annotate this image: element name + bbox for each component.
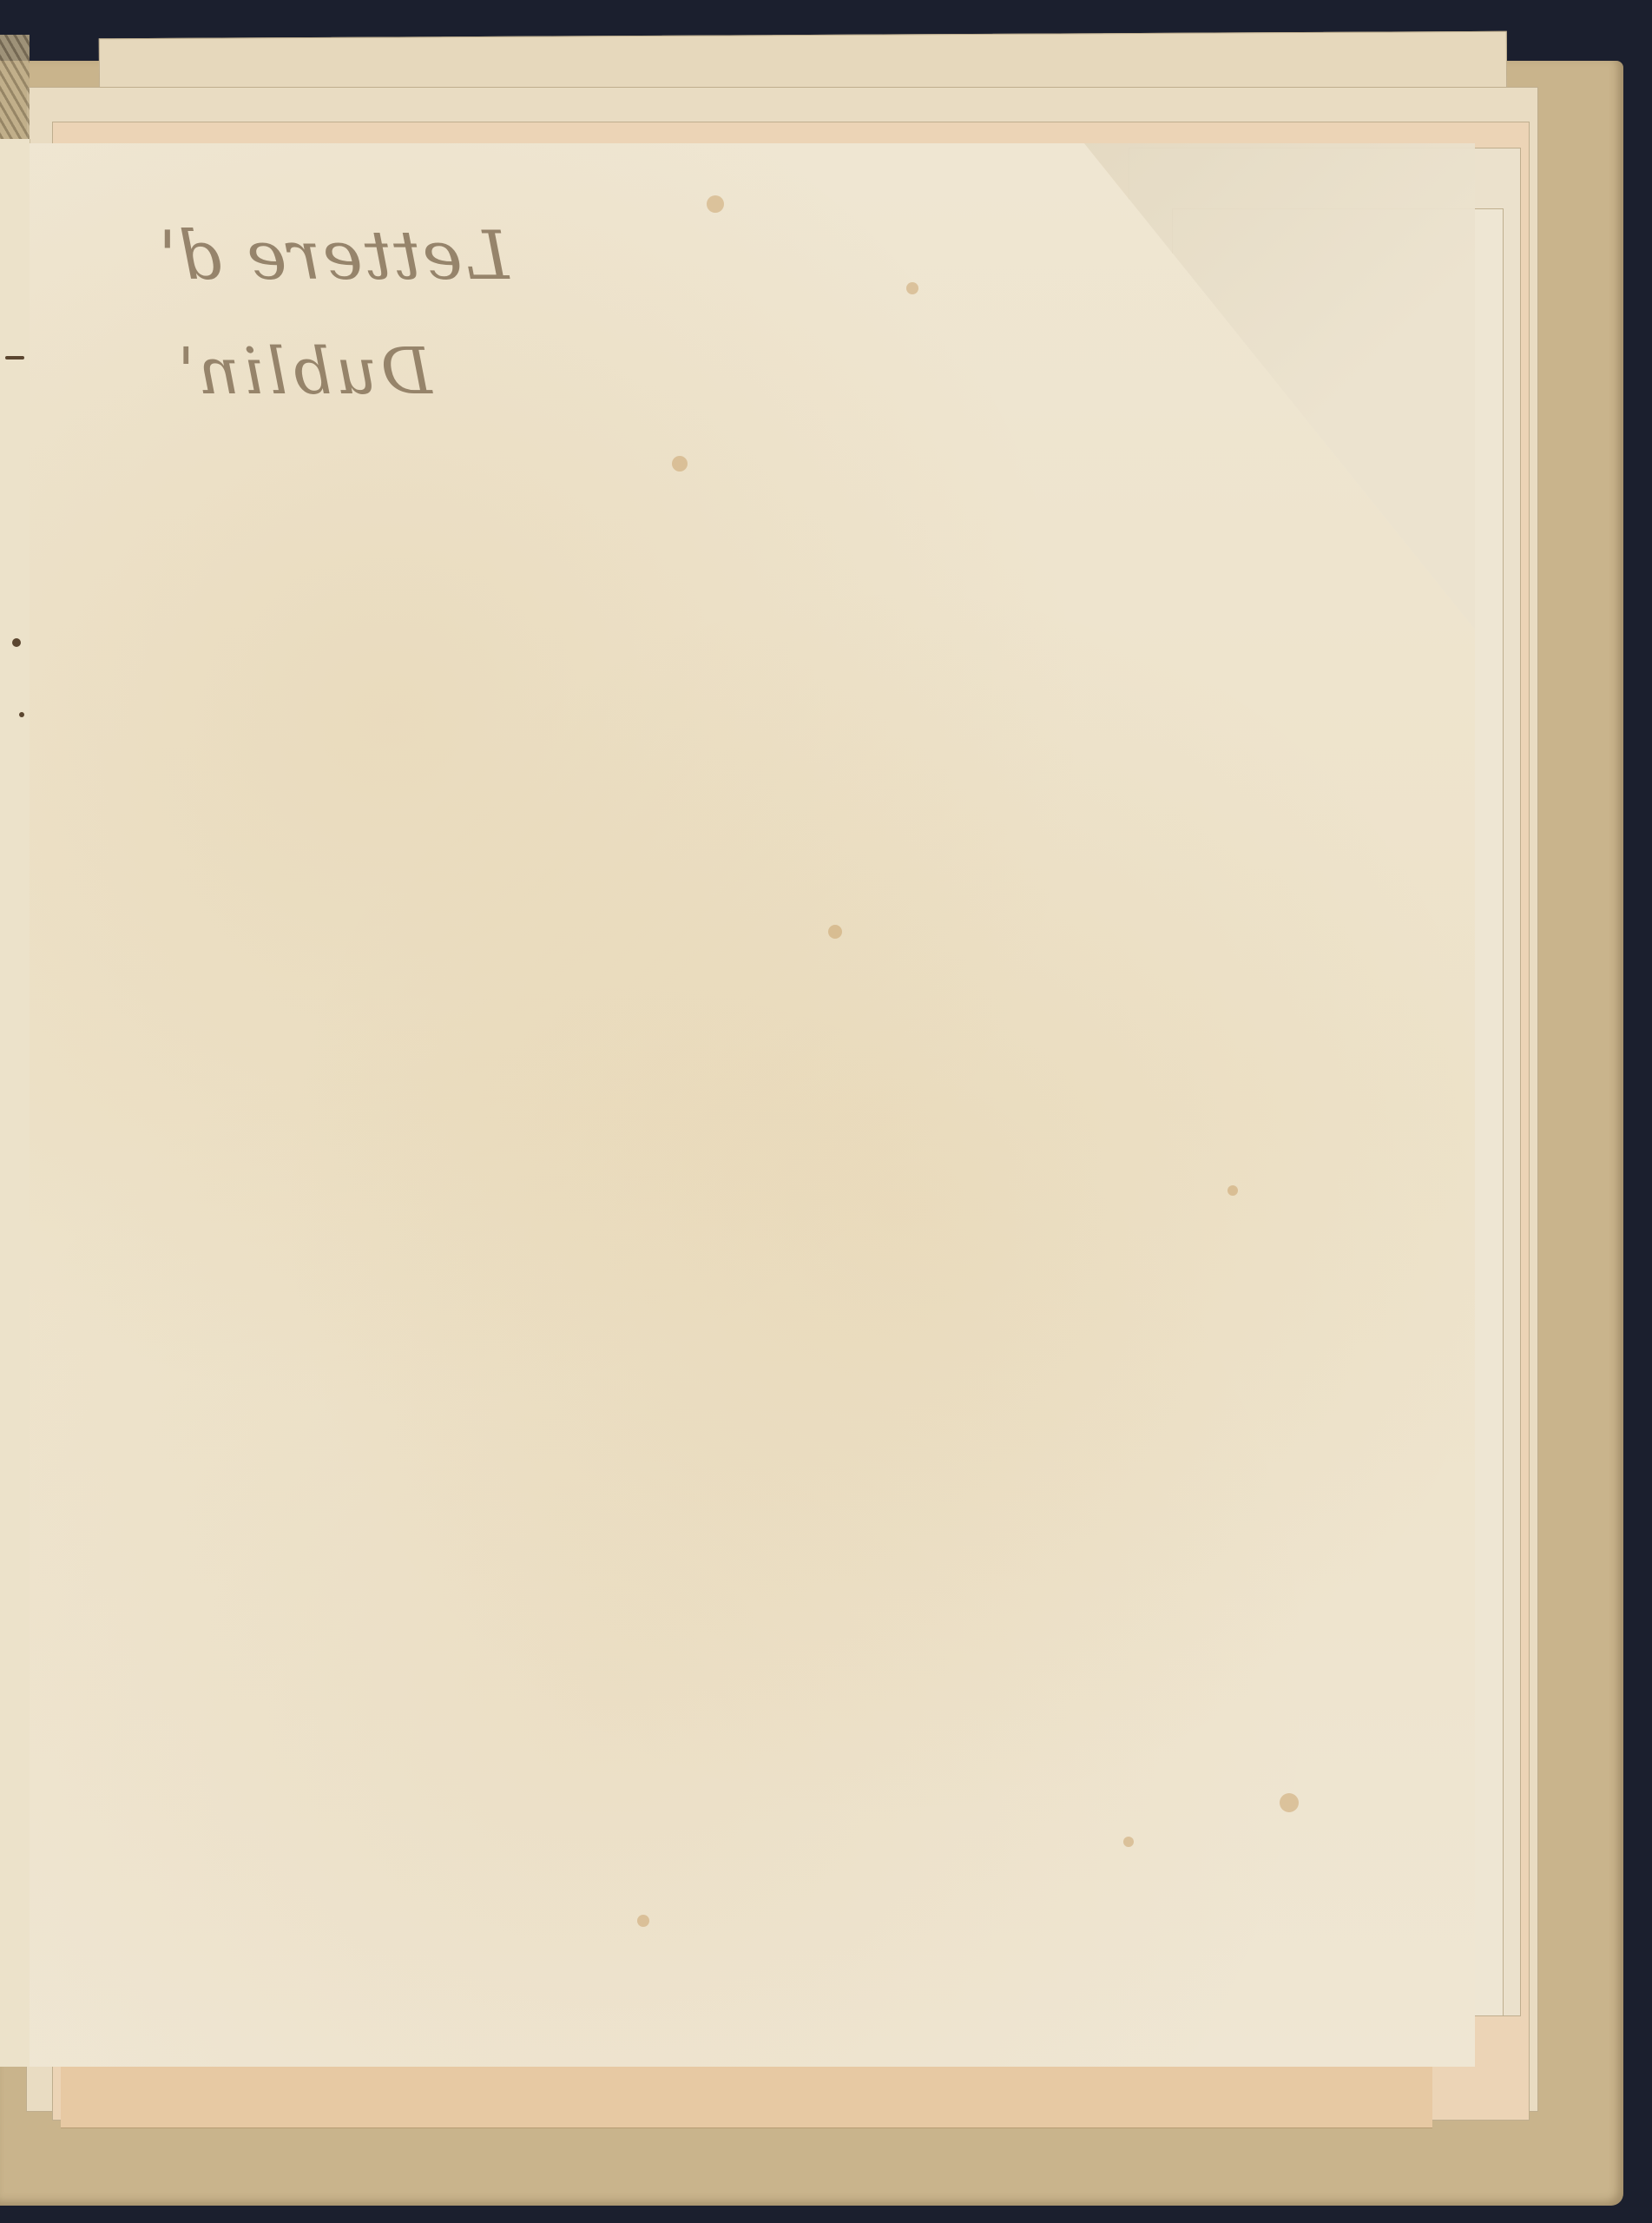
mirrored-handwriting-line: Lettere d'	[156, 217, 509, 295]
margin-ink-mark	[5, 356, 24, 360]
main-page	[30, 143, 1477, 2067]
foxing-spot	[1280, 1793, 1299, 1812]
foxing-spot	[906, 282, 918, 294]
underlying-sheet-bottom-edge	[61, 2067, 1432, 2128]
facing-page-edge	[0, 139, 30, 2067]
foxing-spot	[1227, 1185, 1238, 1196]
margin-ink-mark	[19, 712, 24, 717]
foxing-spot	[707, 195, 724, 213]
foxing-spot	[637, 1915, 649, 1927]
margin-ink-mark	[12, 638, 21, 647]
foxing-spot	[672, 456, 688, 472]
binding-cord	[0, 35, 30, 148]
mirrored-handwriting-line: Dublin'	[174, 334, 432, 409]
foxing-spot	[828, 925, 842, 939]
foxing-spot	[1123, 1837, 1134, 1847]
